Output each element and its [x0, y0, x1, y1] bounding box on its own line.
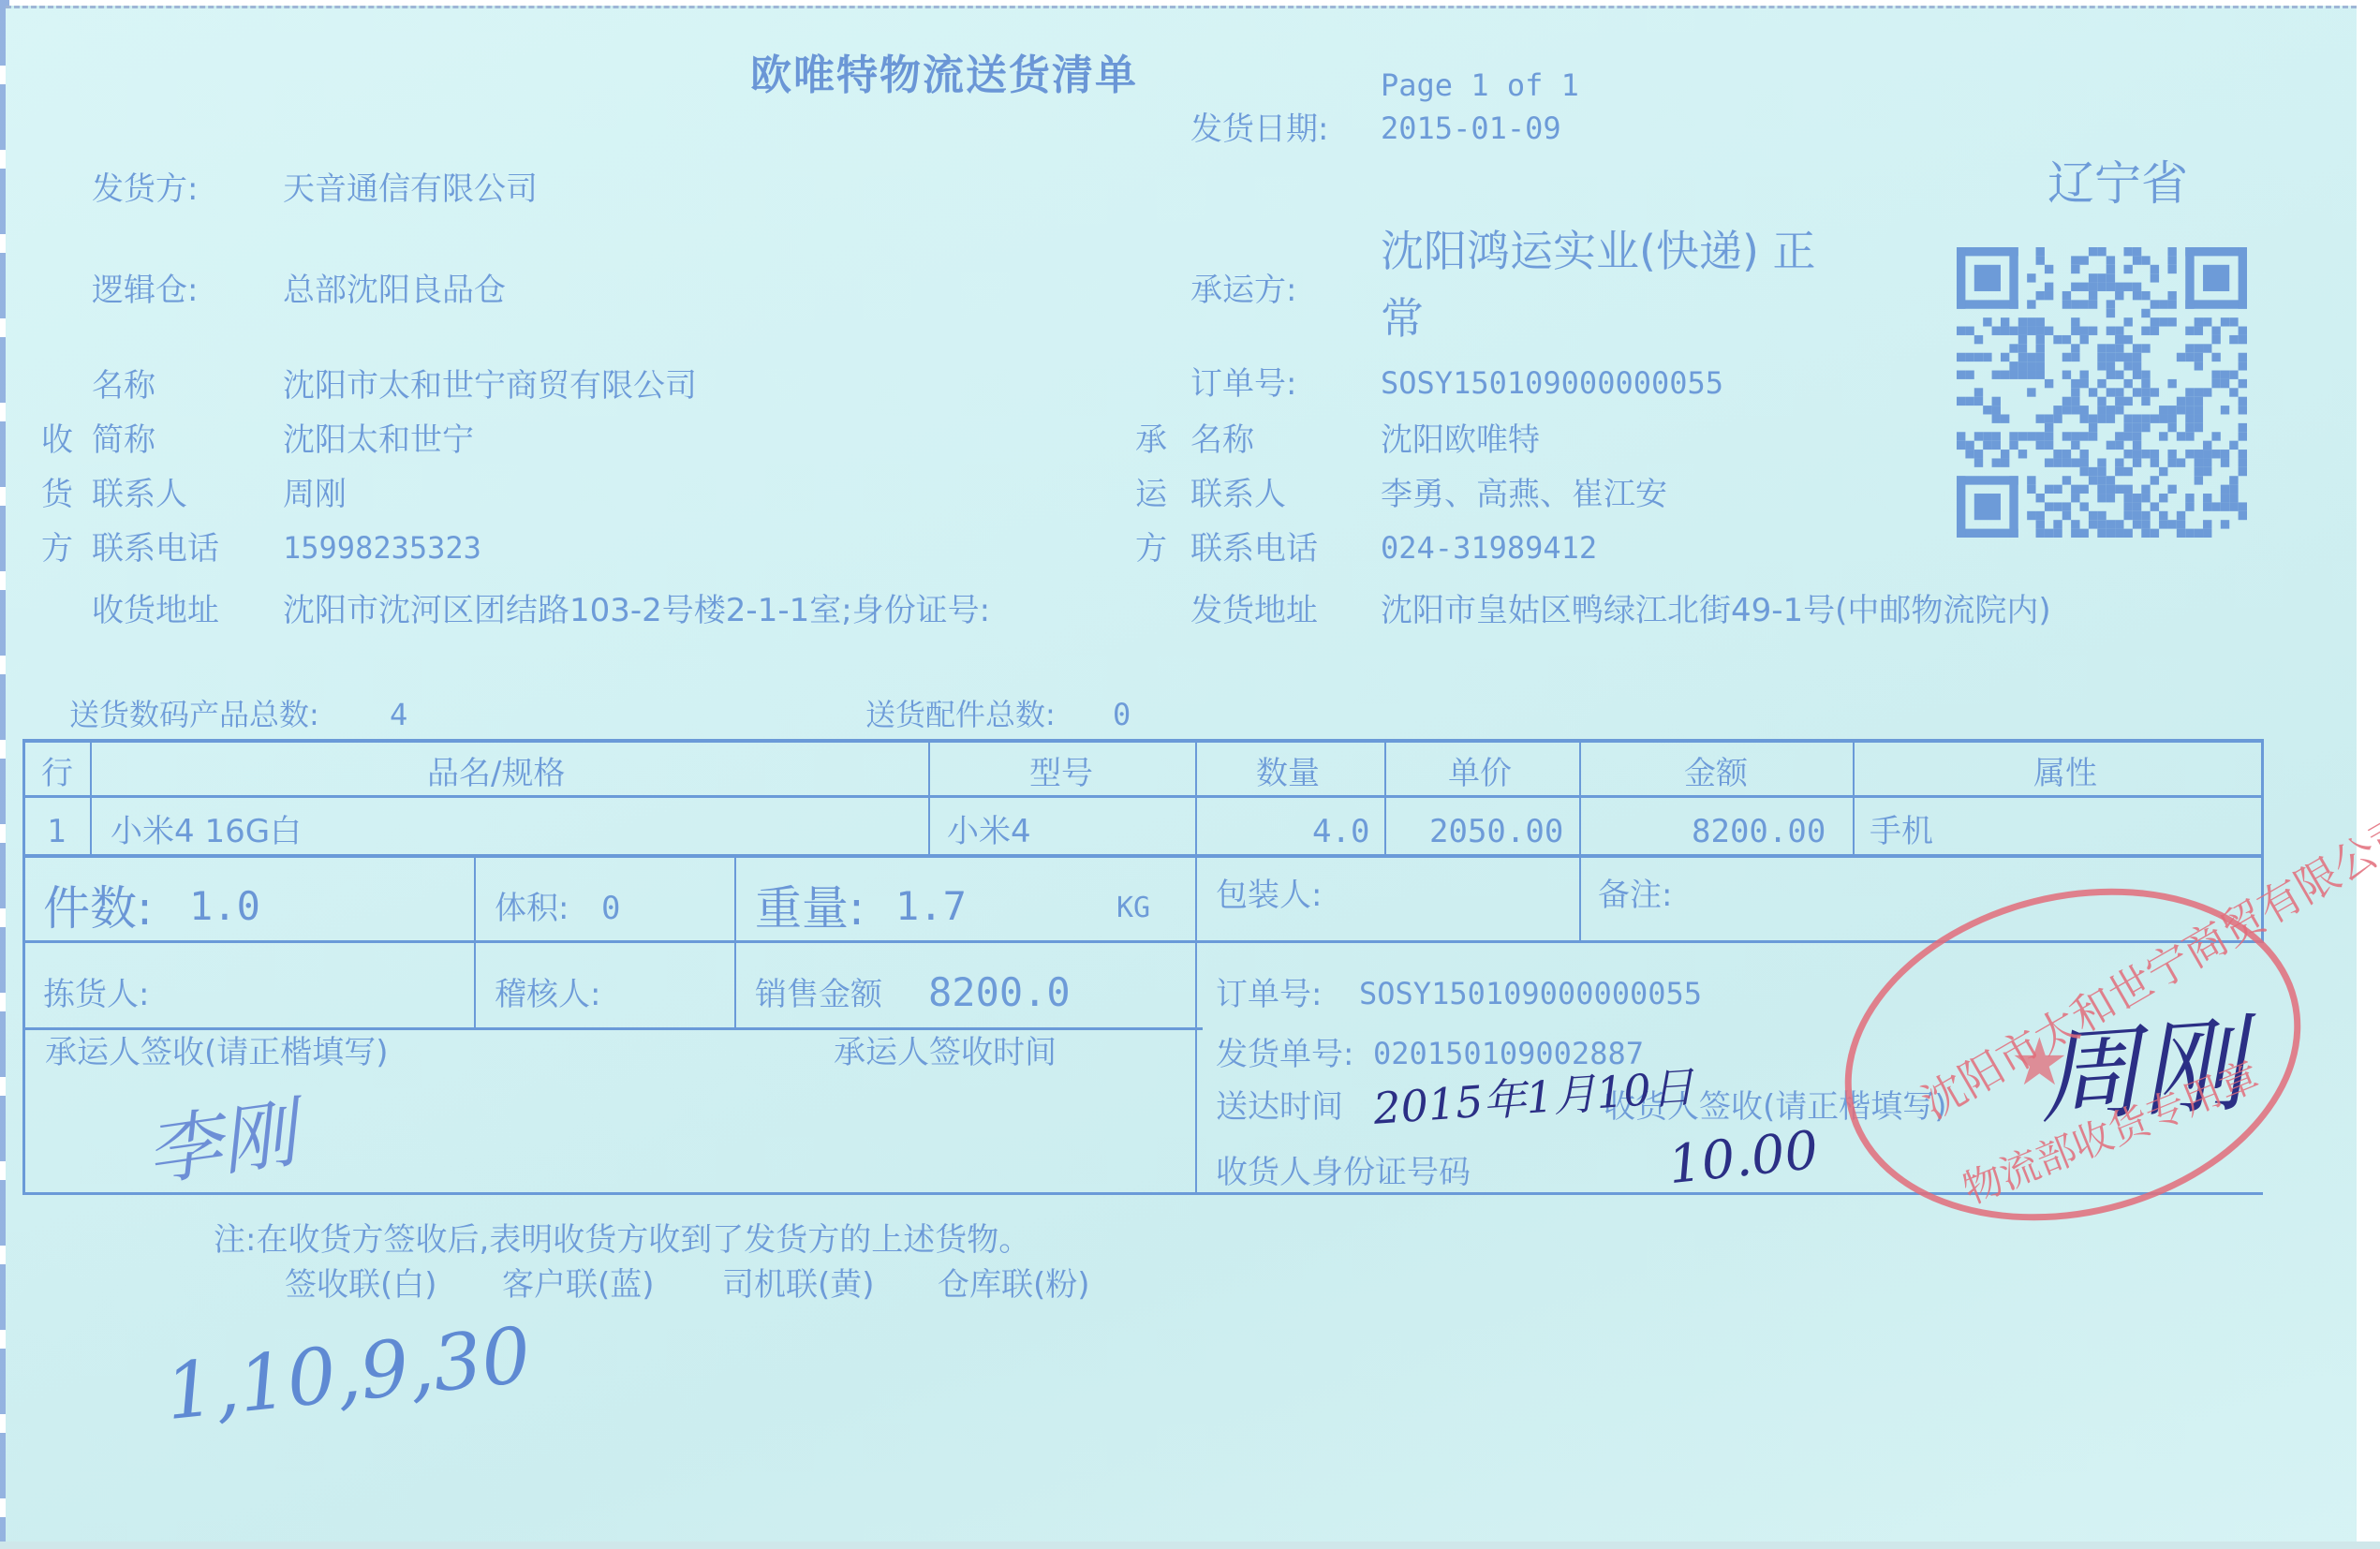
accessory-total-value: 0 [1113, 700, 1131, 730]
ship-date: 2015-01-09 [1381, 113, 1561, 143]
digital-total-value: 4 [390, 700, 407, 730]
weight-unit: KG [1116, 894, 1150, 922]
cell-product: 小米4 16G白 [111, 816, 302, 848]
receiver-short-name-label: 简称 [92, 424, 155, 456]
carrier-name-value: 沈阳欧唯特 [1381, 424, 1540, 456]
shipper-value: 天音通信有限公司 [283, 173, 538, 205]
carrier-signature: 李刚 [141, 1096, 301, 1190]
th-amount: 金额 [1684, 758, 1748, 789]
delivery-time-label: 送达时间 [1216, 1091, 1343, 1123]
carrier-name-label: 名称 [1190, 424, 1254, 456]
pieces-value: 1.0 [189, 887, 260, 926]
table-header-divider [22, 795, 2263, 798]
cell-unit-price: 2050.00 [1429, 816, 1563, 848]
sales-amount-label: 销售金额 [755, 979, 882, 1011]
copy-driver: 司机联(黄) [722, 1269, 875, 1301]
order-no-value: SOSY150109000000055 [1359, 979, 1702, 1009]
carrier-header-line1: 沈阳鸿运实业(快递) 正 [1381, 229, 1816, 273]
warehouse-label: 逻辑仓: [92, 274, 198, 306]
order-no-label: 订单号: [1216, 979, 1322, 1011]
remark-label: 备注: [1598, 879, 1672, 911]
checker-label: 稽核人: [495, 979, 600, 1011]
delivery-no-value: 020150109002887 [1373, 1039, 1644, 1069]
digital-total-label: 送货数码产品总数: [69, 700, 319, 730]
cell-attribute: 手机 [1870, 816, 1933, 848]
cell-amount: 8200.00 [1692, 816, 1826, 848]
carrier-address-label: 发货地址 [1190, 595, 1318, 627]
receiver-address-value: 沈阳市沈河区团结路103-2号楼2-1-1室;身份证号: [283, 595, 990, 627]
picker-label: 拣货人: [43, 979, 149, 1011]
summary-divider-2 [22, 1027, 1203, 1030]
table-left-border [22, 739, 25, 1194]
delivery-hour-handwritten: 10.00 [1666, 1125, 1821, 1192]
copy-customer: 客户联(蓝) [502, 1269, 655, 1301]
carrier-contact-value: 李勇、高燕、崔江安 [1381, 479, 1667, 510]
order-value: SOSY150109000000055 [1381, 368, 1723, 398]
delivery-no-label: 发货单号: [1216, 1039, 1353, 1070]
carrier-phone-value: 024-31989412 [1381, 533, 1597, 563]
receiver-address-label: 收货地址 [92, 595, 219, 627]
volume-value: 0 [601, 893, 620, 924]
summary-col-2 [734, 856, 736, 1029]
cell-line: 1 [47, 816, 66, 848]
receiver-side-label-1: 收 [41, 424, 73, 456]
sales-amount-value: 8200.0 [928, 973, 1071, 1012]
summary-divider-1 [22, 940, 2263, 943]
delivery-note-paper: 欧唯特物流送货清单 Page 1 of 1 发货日期: 2015-01-09 辽… [6, 6, 2357, 1544]
receiver-phone-value: 15998235323 [283, 533, 481, 563]
copy-sign: 签收联(白) [285, 1269, 437, 1301]
copy-warehouse: 仓库联(粉) [938, 1269, 1090, 1301]
col-line-3 [1195, 739, 1197, 1194]
col-line-2 [928, 739, 930, 856]
packer-label: 包装人: [1216, 879, 1322, 911]
paper-bottom-edge [0, 1542, 2380, 1549]
order-label: 订单号: [1190, 368, 1296, 400]
carrier-address-value: 沈阳市皇姑区鸭绿江北街49-1号(中邮物流院内) [1381, 595, 2051, 627]
receiver-side-label-3: 方 [41, 533, 73, 565]
document-title: 欧唯特物流送货清单 [750, 55, 1138, 96]
th-unit-price: 单价 [1448, 758, 1512, 789]
carrier-side-label-1: 承 [1135, 424, 1167, 456]
table-top-border [22, 739, 2263, 743]
th-line: 行 [41, 758, 73, 789]
footer-note: 注:在收货方签收后,表明收货方收到了发货方的上述货物。 [214, 1224, 1030, 1256]
weight-value: 1.7 [895, 887, 967, 926]
receiver-contact-value: 周刚 [283, 479, 347, 510]
carrier-sign-label: 承运人签收(请正楷填写) [45, 1037, 389, 1069]
carrier-sign-time-label: 承运人签收时间 [834, 1037, 1057, 1069]
th-product: 品名/规格 [427, 758, 565, 789]
col-line-1 [90, 739, 92, 856]
pieces-label: 件数: [43, 885, 153, 932]
receiver-phone-label: 联系电话 [92, 533, 219, 565]
qr-code-icon [1957, 247, 2247, 538]
carrier-header-line2: 常 [1381, 297, 1424, 340]
table-row-divider [22, 854, 2263, 858]
receiver-name-label: 名称 [92, 370, 155, 402]
col-line-4 [1384, 739, 1386, 856]
col-line-5 [1579, 739, 1581, 942]
bottom-handwritten-note: 1,10,9,30 [162, 1318, 535, 1432]
volume-label: 体积: [495, 893, 569, 924]
th-model: 型号 [1029, 758, 1093, 789]
receiver-id-label: 收货人身份证号码 [1216, 1157, 1471, 1188]
page-indicator: Page 1 of 1 [1381, 70, 1579, 100]
carrier-contact-label: 联系人 [1190, 479, 1286, 510]
summary-col-1 [474, 856, 476, 1029]
shipper-label: 发货方: [92, 173, 198, 205]
ship-date-label: 发货日期: [1190, 113, 1328, 145]
receiver-name-value: 沈阳市太和世宁商贸有限公司 [283, 370, 697, 402]
col-line-6 [1853, 739, 1855, 856]
carrier-side-label-3: 方 [1135, 533, 1167, 565]
cell-quantity: 4.0 [1312, 816, 1369, 848]
warehouse-value: 总部沈阳良品仓 [283, 274, 506, 306]
receiver-contact-label: 联系人 [92, 479, 187, 510]
cell-model: 小米4 [947, 816, 1031, 848]
accessory-total-label: 送货配件总数: [865, 700, 1056, 730]
seal-star-icon: ★ [2010, 1029, 2069, 1095]
receiver-short-name-value: 沈阳太和世宁 [283, 424, 474, 456]
carrier-phone-label: 联系电话 [1190, 533, 1318, 565]
carrier-side-label-2: 运 [1135, 479, 1167, 510]
th-attribute: 属性 [2033, 758, 2097, 789]
receiver-side-label-2: 货 [41, 479, 73, 510]
carrier-header-label: 承运方: [1190, 274, 1296, 306]
weight-label: 重量: [755, 885, 865, 932]
th-quantity: 数量 [1256, 758, 1320, 789]
province: 辽宁省 [2047, 160, 2188, 207]
